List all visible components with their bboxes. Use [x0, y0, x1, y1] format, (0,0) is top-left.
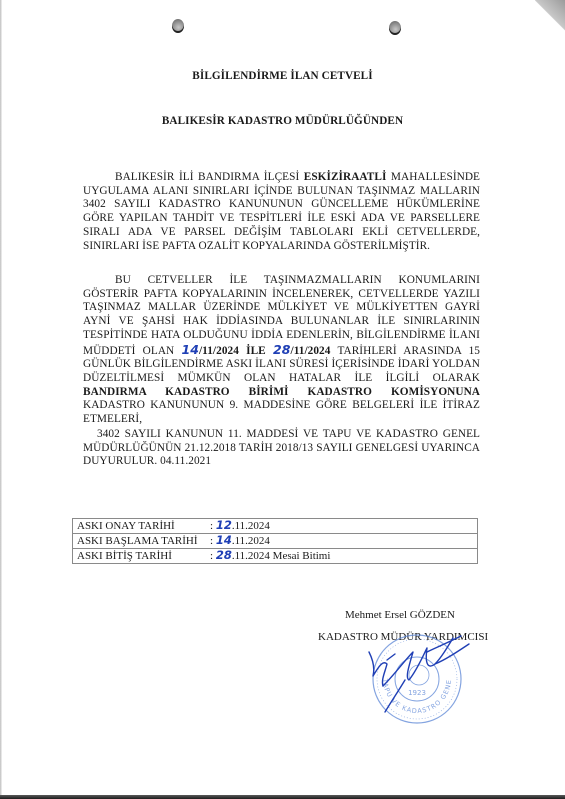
date-label: ASKI BİTİŞ TARİHİ: [77, 550, 210, 563]
date-value: .11.2024: [232, 535, 270, 547]
handwritten-signature-icon: [365, 630, 475, 715]
folded-corner: [535, 0, 565, 32]
dates-table-cell: ASKI BAŞLAMA TARİHİ: 14.11.2024: [73, 534, 478, 549]
paragraph-legal-basis: 3402 SAYILI KANUNUN 11. MADDESİ VE TAPU …: [83, 428, 480, 469]
date-label: ASKI BAŞLAMA TARİHİ: [77, 535, 210, 548]
handwritten-day: 12: [216, 518, 232, 532]
punch-hole: [172, 19, 184, 33]
commission-name: BANDIRMA KADASTRO BİRİMİ KADASTRO KOMİSY…: [83, 386, 480, 398]
date-value: .11.2024 Mesai Bitimi: [232, 550, 331, 562]
handwritten-day: 14: [216, 533, 232, 547]
neighborhood-name: ESKİZİRAATLİ: [304, 171, 387, 183]
scanned-document-page: BİLGİLENDİRME İLAN CETVELİ BALIKESİR KAD…: [0, 0, 565, 796]
text: 3402 SAYILI KANUNUN 11. MADDESİ VE TAPU …: [83, 428, 480, 467]
text: İLE: [239, 345, 273, 357]
signatory-name: Mehmet Ersel GÖZDEN: [345, 609, 455, 621]
dates-table-row: ASKI ONAY TARİHİ: 12.11.2024: [73, 519, 478, 534]
document-title: BİLGİLENDİRME İLAN CETVELİ: [0, 70, 565, 82]
end-date-suffix: /11/2024: [291, 345, 331, 357]
punch-hole: [389, 21, 401, 35]
page-bottom-edge: [0, 795, 565, 799]
posting-dates-table: ASKI ONAY TARİHİ: 12.11.2024ASKI BAŞLAMA…: [72, 518, 478, 564]
handwritten-end-day: 28: [273, 342, 291, 357]
paragraph-announcement: BALIKESİR İLİ BANDIRMA İLÇESİ ESKİZİRAAT…: [83, 171, 480, 253]
start-date-suffix: /11/2024: [199, 345, 239, 357]
date-label: ASKI ONAY TARİHİ: [77, 520, 210, 533]
handwritten-day: 28: [216, 548, 232, 562]
text: KADASTRO KANUNUNUN 9. MADDESİNE GÖRE BEL…: [83, 399, 480, 425]
issuer-heading: BALIKESİR KADASTRO MÜDÜRLÜĞÜNDEN: [0, 115, 565, 127]
dates-table-row: ASKI BİTİŞ TARİHİ: 28.11.2024 Mesai Biti…: [73, 549, 478, 564]
paragraph-objection: BU CETVELLER İLE TAŞINMAZMALLARIN KONUML…: [83, 274, 480, 427]
dates-table-cell: ASKI ONAY TARİHİ: 12.11.2024: [73, 519, 478, 534]
handwritten-start-day: 14: [181, 342, 199, 357]
text: MAHALLESİNDE UYGULAMA ALANI SINIRLARI İÇ…: [83, 171, 480, 252]
dates-table-row: ASKI BAŞLAMA TARİHİ: 14.11.2024: [73, 534, 478, 549]
text: BALIKESİR İLİ BANDIRMA İLÇESİ: [115, 171, 304, 183]
date-value: .11.2024: [232, 520, 270, 532]
dates-table-cell: ASKI BİTİŞ TARİHİ: 28.11.2024 Mesai Biti…: [73, 549, 478, 564]
